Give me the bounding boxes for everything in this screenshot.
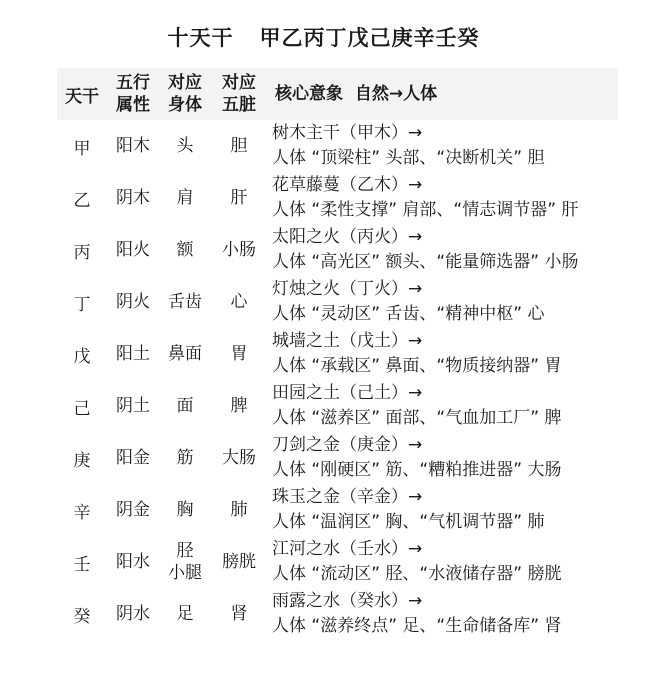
stems-table: 天干 五行属性 对应身体 对应五脏 核心意象 自然→人体 甲阳木头胆树木主干（甲… [57,68,618,640]
body-part: 头 [159,135,211,157]
nature-text: 田园之土（己土）→ [272,381,618,406]
body-cell: 筋 [159,447,211,469]
element-cell: 阳火 [107,239,159,261]
element-cell: 阴土 [107,395,159,417]
human-text: 人体 “滋养区” 面部、“气血加工厂” 脾 [272,406,618,431]
body-part: 胸 [159,499,211,521]
stem-cell: 丙 [57,238,107,263]
nature-text: 江河之水（壬水）→ [272,537,618,562]
imagery-cell: 珠玉之金（辛金）→人体 “温润区” 胸、“气机调节器” 肺 [267,485,618,535]
header-body-line2: 身体 [159,94,211,116]
table-row: 己阴土面脾田园之土（己土）→人体 “滋养区” 面部、“气血加工厂” 脾 [57,380,618,432]
organ-cell: 大肠 [211,447,267,469]
stem-cell: 壬 [57,550,107,575]
table-row: 丁阴火舌齿心灯烛之火（丁火）→人体 “灵动区” 舌齿、“精神中枢” 心 [57,276,618,328]
imagery-cell: 刀剑之金（庚金）→人体 “刚硬区” 筋、“糟粕推进器” 大肠 [267,433,618,483]
human-text: 人体 “流动区” 胫、“水液储存器” 膀胱 [272,562,618,587]
element-cell: 阳土 [107,343,159,365]
header-element: 五行属性 [107,72,159,116]
imagery-cell: 田园之土（己土）→人体 “滋养区” 面部、“气血加工厂” 脾 [267,381,618,431]
organ-cell: 胃 [211,343,267,365]
human-text: 人体 “高光区” 额头、“能量筛选器” 小肠 [272,250,618,275]
nature-text: 雨露之水（癸水）→ [272,589,618,614]
organ-cell: 肺 [211,499,267,521]
body-cell: 鼻面 [159,343,211,365]
human-text: 人体 “承载区” 鼻面、“物质接纳器” 胃 [272,354,618,379]
body-cell: 足 [159,603,211,625]
imagery-cell: 城墙之土（戊土）→人体 “承载区” 鼻面、“物质接纳器” 胃 [267,329,618,379]
header-organ-line2: 五脏 [211,94,267,116]
table-row: 乙阴木肩肝花草藤蔓（乙木）→人体 “柔性支撑” 肩部、“情志调节器” 肝 [57,172,618,224]
body-cell: 胫小腿 [159,540,211,584]
organ-cell: 胆 [211,135,267,157]
imagery-cell: 灯烛之火（丁火）→人体 “灵动区” 舌齿、“精神中枢” 心 [267,277,618,327]
stem-cell: 丁 [57,290,107,315]
body-part: 足 [159,603,211,625]
stem-cell: 甲 [57,134,107,159]
body-part: 小腿 [159,562,211,584]
human-text: 人体 “灵动区” 舌齿、“精神中枢” 心 [272,302,618,327]
body-cell: 肩 [159,187,211,209]
organ-cell: 肾 [211,603,267,625]
element-cell: 阴木 [107,187,159,209]
stem-cell: 戊 [57,342,107,367]
nature-text: 刀剑之金（庚金）→ [272,433,618,458]
table-row: 辛阴金胸肺珠玉之金（辛金）→人体 “温润区” 胸、“气机调节器” 肺 [57,484,618,536]
stem-cell: 己 [57,394,107,419]
header-organ-line1: 对应 [211,72,267,94]
table-row: 甲阳木头胆树木主干（甲木）→人体 “顶梁柱” 头部、“决断机关” 胆 [57,120,618,172]
table-row: 癸阴水足肾雨露之水（癸水）→人体 “滋养终点” 足、“生命储备库” 肾 [57,588,618,640]
header-imagery-label: 核心意象 自然→人体 [275,84,437,104]
stem-cell: 辛 [57,498,107,523]
stem-cell: 乙 [57,186,107,211]
organ-cell: 膀胱 [211,551,267,573]
header-body: 对应身体 [159,72,211,116]
body-cell: 面 [159,395,211,417]
title-right: 甲乙丙丁戊己庚辛壬癸 [260,26,480,50]
nature-text: 花草藤蔓（乙木）→ [272,173,618,198]
nature-text: 树木主干（甲木）→ [272,121,618,146]
stem-cell: 庚 [57,446,107,471]
table-row: 壬阳水胫小腿膀胱江河之水（壬水）→人体 “流动区” 胫、“水液储存器” 膀胱 [57,536,618,588]
human-text: 人体 “滋养终点” 足、“生命储备库” 肾 [272,614,618,639]
element-cell: 阴水 [107,603,159,625]
body-part: 肩 [159,187,211,209]
imagery-cell: 树木主干（甲木）→人体 “顶梁柱” 头部、“决断机关” 胆 [267,121,618,171]
header-imagery: 核心意象 自然→人体 [267,82,618,107]
body-part: 胫 [159,540,211,562]
header-element-line1: 五行 [107,72,159,94]
organ-cell: 心 [211,291,267,313]
body-cell: 舌齿 [159,291,211,313]
human-text: 人体 “温润区” 胸、“气机调节器” 肺 [272,510,618,535]
element-cell: 阳金 [107,447,159,469]
imagery-cell: 花草藤蔓（乙木）→人体 “柔性支撑” 肩部、“情志调节器” 肝 [267,173,618,223]
body-part: 舌齿 [159,291,211,313]
table-row: 丙阳火额小肠太阳之火（丙火）→人体 “高光区” 额头、“能量筛选器” 小肠 [57,224,618,276]
body-cell: 额 [159,239,211,261]
human-text: 人体 “柔性支撑” 肩部、“情志调节器” 肝 [272,198,618,223]
nature-text: 太阳之火（丙火）→ [272,225,618,250]
body-part: 筋 [159,447,211,469]
header-stem: 天干 [57,82,107,107]
table-row: 庚阳金筋大肠刀剑之金（庚金）→人体 “刚硬区” 筋、“糟粕推进器” 大肠 [57,432,618,484]
element-cell: 阳木 [107,135,159,157]
stem-cell: 癸 [57,602,107,627]
header-element-line2: 属性 [107,94,159,116]
organ-cell: 肝 [211,187,267,209]
header-organ: 对应五脏 [211,72,267,116]
imagery-cell: 雨露之水（癸水）→人体 “滋养终点” 足、“生命储备库” 肾 [267,589,618,639]
table-header: 天干 五行属性 对应身体 对应五脏 核心意象 自然→人体 [57,68,618,120]
organ-cell: 小肠 [211,239,267,261]
page-title: 十天干甲乙丙丁戊己庚辛壬癸 [0,22,647,52]
human-text: 人体 “刚硬区” 筋、“糟粕推进器” 大肠 [272,458,618,483]
header-stem-label: 天干 [65,87,99,107]
imagery-cell: 江河之水（壬水）→人体 “流动区” 胫、“水液储存器” 膀胱 [267,537,618,587]
element-cell: 阴火 [107,291,159,313]
imagery-cell: 太阳之火（丙火）→人体 “高光区” 额头、“能量筛选器” 小肠 [267,225,618,275]
organ-cell: 脾 [211,395,267,417]
body-part: 鼻面 [159,343,211,365]
title-left: 十天干 [168,26,234,50]
body-part: 额 [159,239,211,261]
human-text: 人体 “顶梁柱” 头部、“决断机关” 胆 [272,146,618,171]
nature-text: 城墙之土（戊土）→ [272,329,618,354]
table-row: 戊阳土鼻面胃城墙之土（戊土）→人体 “承载区” 鼻面、“物质接纳器” 胃 [57,328,618,380]
element-cell: 阳水 [107,551,159,573]
body-part: 面 [159,395,211,417]
element-cell: 阴金 [107,499,159,521]
body-cell: 头 [159,135,211,157]
nature-text: 灯烛之火（丁火）→ [272,277,618,302]
header-body-line1: 对应 [159,72,211,94]
nature-text: 珠玉之金（辛金）→ [272,485,618,510]
body-cell: 胸 [159,499,211,521]
